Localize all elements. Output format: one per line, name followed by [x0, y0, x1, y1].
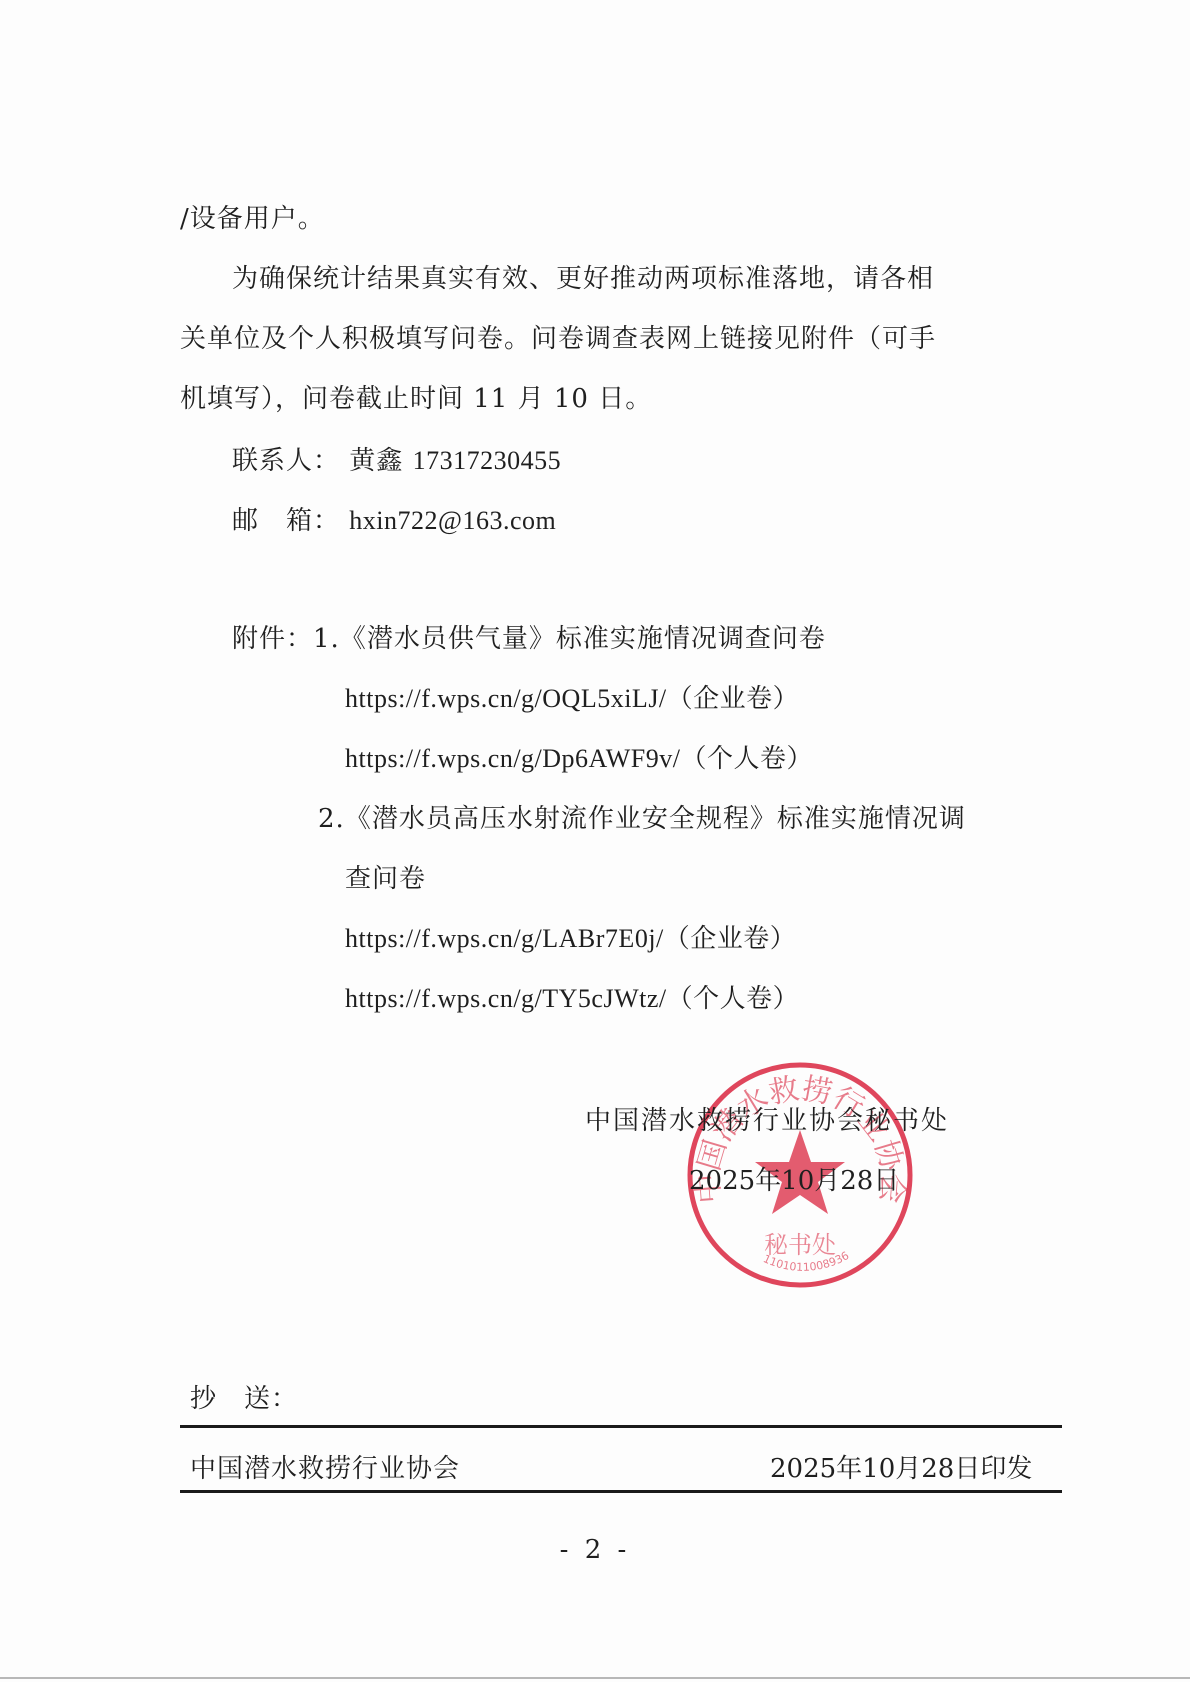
page-edge: [0, 1677, 1190, 1679]
contact-label: 联系人：: [232, 446, 340, 476]
attachment-1-title: 附件：1.《潜水员供气量》标准实施情况调查问卷: [232, 618, 826, 655]
paragraph-line: 关单位及个人积极填写问卷。问卷调查表网上链接见附件（可手: [180, 318, 936, 355]
page-number: - 2 -: [0, 1535, 1190, 1565]
contact-line: 联系人： 黄鑫 17317230455: [232, 440, 561, 477]
attachment-1-link-personal[interactable]: https://f.wps.cn/g/Dp6AWF9v/（个人卷）: [345, 738, 813, 775]
footer-rule-bottom: [180, 1490, 1062, 1493]
contact-phone: 17317230455: [413, 446, 562, 475]
svg-text:秘书处: 秘书处: [764, 1231, 836, 1259]
attachment-1-link-enterprise[interactable]: https://f.wps.cn/g/OQL5xiLJ/（企业卷）: [345, 678, 799, 715]
attachment-2-title-cont: 查问卷: [345, 858, 426, 895]
email-line: 邮 箱： hxin722@163.com: [232, 500, 556, 537]
cc-label: 抄 送：: [190, 1378, 298, 1415]
email-label: 邮 箱：: [232, 506, 340, 536]
signature-org: 中国潜水救捞行业协会秘书处: [585, 1100, 949, 1137]
body-line-1: /设备用户。: [180, 198, 325, 235]
footer-issuer: 中国潜水救捞行业协会: [190, 1448, 460, 1485]
footer-issue-date: 2025年10月28日印发: [770, 1448, 1032, 1485]
attachments-label: 附件：: [232, 624, 313, 654]
footer-rule-top: [180, 1425, 1062, 1428]
attachment-2-link-enterprise[interactable]: https://f.wps.cn/g/LABr7E0j/（企业卷）: [345, 918, 796, 955]
svg-text:1101011008936: 1101011008936: [761, 1249, 851, 1274]
attachment-2-link-personal[interactable]: https://f.wps.cn/g/TY5cJWtz/（个人卷）: [345, 978, 799, 1015]
document-page: /设备用户。 为确保统计结果真实有效、更好推动两项标准落地，请各相 关单位及个人…: [0, 0, 1190, 1682]
attachment-2-title: 2.《潜水员高压水射流作业安全规程》标准实施情况调: [318, 798, 966, 835]
contact-name: 黄鑫: [349, 446, 403, 476]
paragraph-line: 机填写），问卷截止时间 11 月 10 日。: [180, 378, 652, 415]
paragraph-line: 为确保统计结果真实有效、更好推动两项标准落地，请各相: [232, 258, 934, 295]
email-address[interactable]: hxin722@163.com: [349, 506, 556, 535]
signature-date: 2025年10月28日: [689, 1160, 899, 1197]
